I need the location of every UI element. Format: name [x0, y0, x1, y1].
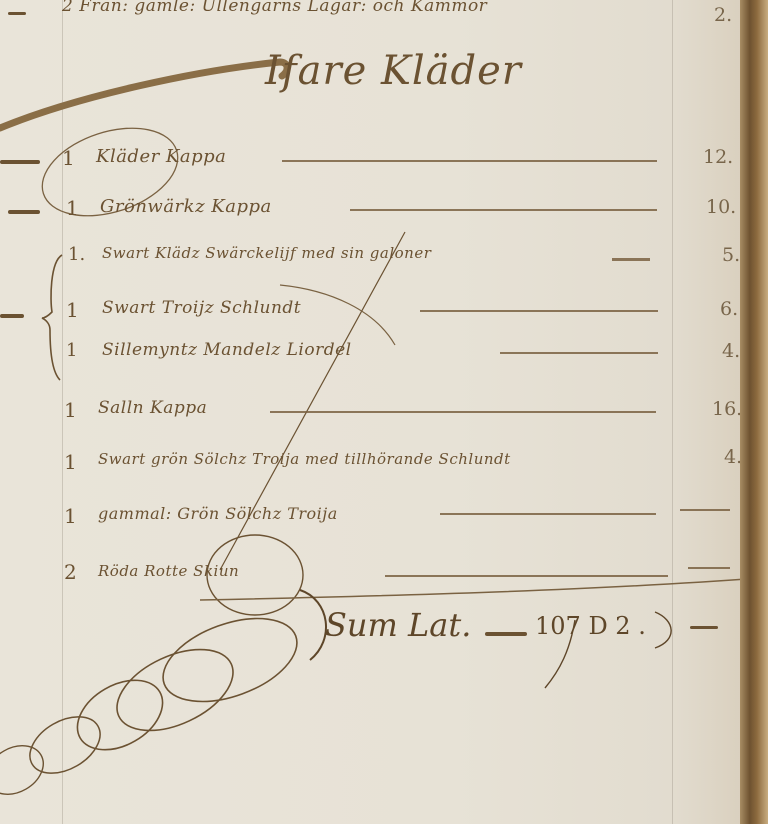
item-qty: 1	[64, 398, 77, 422]
item-rule	[420, 310, 658, 312]
item-text: Röda Rotte Skiun	[98, 562, 239, 580]
item-qty: 1	[64, 504, 77, 528]
item-rule	[350, 209, 657, 211]
item-value: 4.	[722, 340, 740, 362]
item-value: 6.	[720, 298, 738, 320]
item-text: Salln Kappa	[98, 398, 207, 418]
section-heading: Ifare Kläder	[265, 48, 522, 94]
sum-label: Sum Lat.	[325, 606, 471, 644]
item-text: Kläder Kappa	[96, 146, 226, 167]
item-text: Swart Troijz Schlundt	[102, 298, 301, 318]
item-text: Sillemyntz Mandelz Liordel	[102, 340, 352, 360]
item-rule	[500, 352, 658, 354]
item-text: Grönwärkz Kappa	[100, 196, 272, 217]
top-line-value: 2.	[714, 4, 732, 26]
item-rule	[270, 411, 656, 413]
item-qty: 1	[66, 298, 79, 322]
item-value: 12.	[703, 146, 733, 168]
item-rule	[385, 575, 668, 577]
margin-rule-left	[62, 0, 63, 824]
leading-dash	[8, 210, 40, 214]
item-text: gammal: Grön Sölchz Troija	[98, 504, 338, 523]
item-rule	[440, 513, 656, 515]
item-qty: 2	[64, 560, 77, 584]
item-value: 16.	[712, 398, 742, 420]
item-value: 5.	[722, 244, 740, 266]
item-rule	[612, 258, 650, 261]
value-dash	[680, 509, 730, 511]
item-text: Swart grön Sölchz Troija med tillhörande…	[98, 450, 511, 468]
item-qty: 1	[62, 146, 75, 170]
manuscript-page: 2 Fran: gamle: Ullengarns Lagar: och Kam…	[0, 0, 748, 824]
leading-dash	[8, 12, 26, 15]
item-qty: 1	[66, 196, 79, 220]
top-line-text: 2 Fran: gamle: Ullengarns Lagar: och Kam…	[62, 0, 487, 16]
leading-dash	[0, 314, 24, 318]
book-gutter	[740, 0, 768, 824]
item-qty: 1	[64, 450, 77, 474]
item-qty: 1	[66, 340, 77, 361]
value-dash	[688, 567, 730, 569]
item-text: Swart Klädz Swärckelijf med sin galoner	[102, 244, 431, 262]
trailing-dash	[690, 626, 718, 629]
item-qty: 1.	[68, 244, 85, 265]
leading-dash	[0, 160, 40, 164]
margin-rule-right	[672, 0, 673, 824]
item-value: 10.	[706, 196, 736, 218]
sum-dash	[485, 632, 527, 636]
sum-value: 107 D 2 .	[535, 612, 646, 640]
item-rule	[282, 160, 657, 162]
